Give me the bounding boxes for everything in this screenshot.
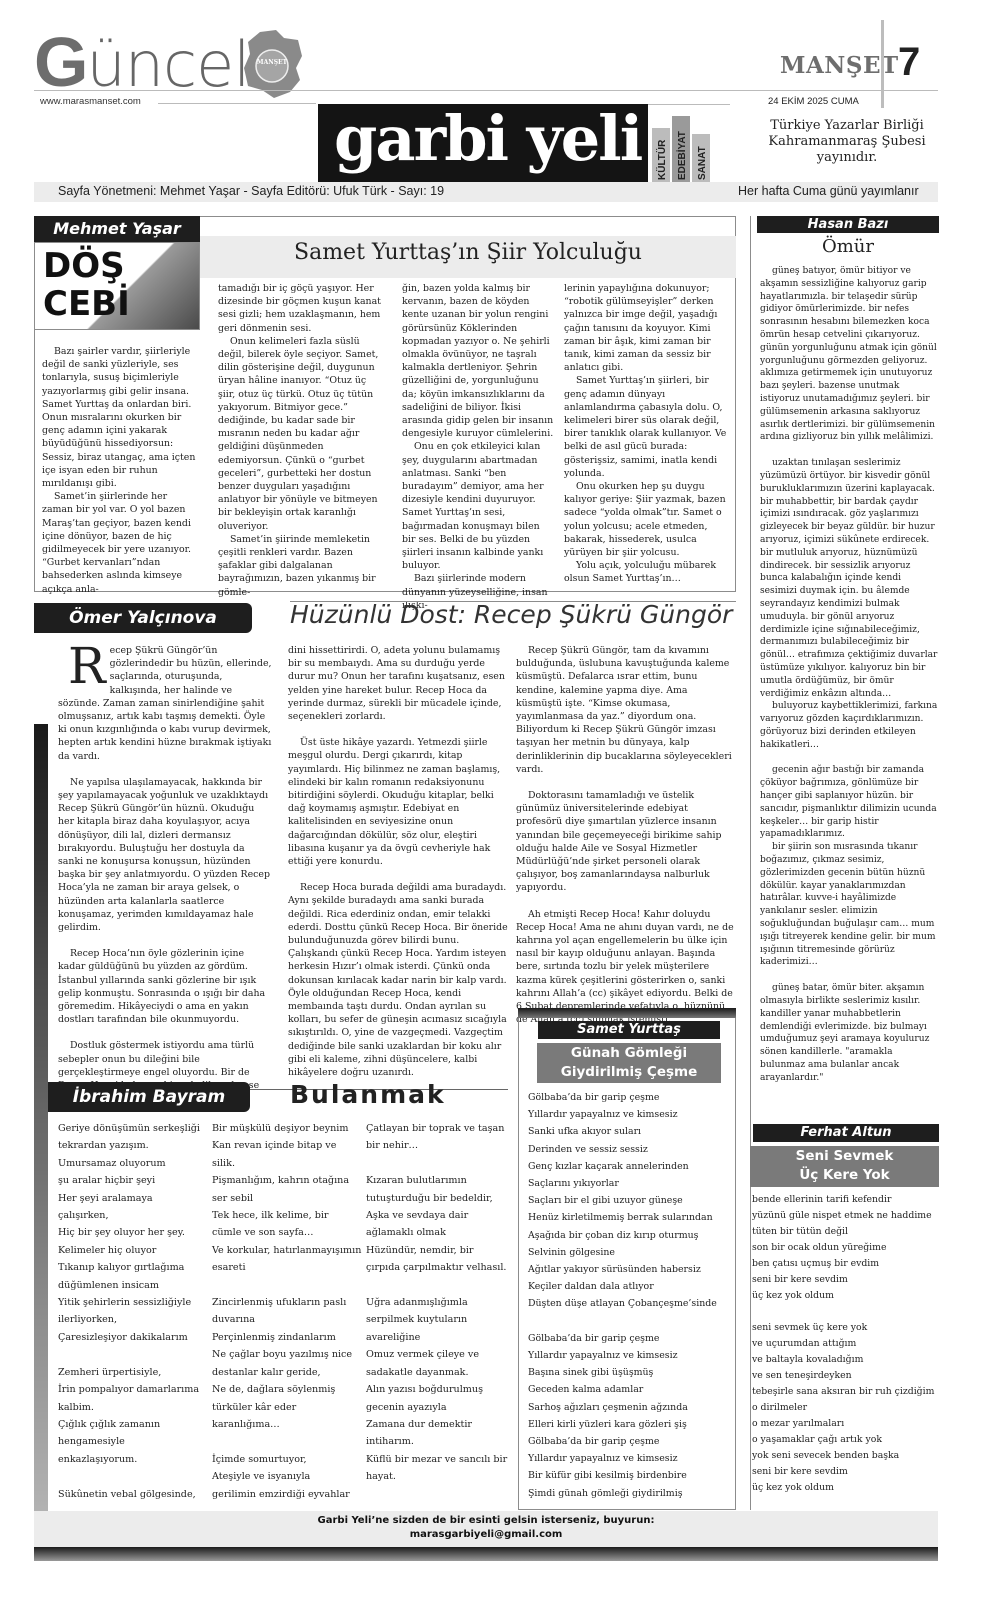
article5-title: Günah Gömleği Giydirilmiş Çeşme <box>537 1043 721 1083</box>
masthead-title: garbi yeli <box>318 104 648 174</box>
masthead-rule <box>648 104 730 105</box>
footer-email[interactable]: marasgarbiyeli@gmail.com <box>34 1528 938 1542</box>
article3-rule <box>750 216 751 1510</box>
article1-col4: lerinin yapaylığına dokunuyor; “robotik … <box>564 282 728 586</box>
article2-title: Hüzünlü Dost: Recep Şükrü Güngör <box>290 600 732 629</box>
article1-col2: tamadığı bir iç göçü yaşıyor. Her dizesi… <box>218 282 386 599</box>
genre-tags: KÜLTÜR EDEBİYAT SANAT <box>650 116 712 182</box>
article5-poem: Gölbaba’da bir garip çeşme Yıllardır yap… <box>528 1089 734 1502</box>
footer-text: Garbi Yeli’ne sizden de bir esinti gelsi… <box>34 1514 938 1542</box>
article3-body: güneş batıyor, ömür bitiyor ve akşamın s… <box>760 265 940 1085</box>
article4-author: İbrahim Bayram <box>48 1082 250 1112</box>
article2-side-bar <box>34 724 48 1524</box>
article1-col1: Bazı şairler vardır, şiirleriyle değil d… <box>42 345 198 596</box>
page-credits: Sayfa Yönetmeni: Mehmet Yaşar - Sayfa Ed… <box>58 184 444 198</box>
column-logo: DÖŞ CEBİ <box>34 242 200 330</box>
article2-col1: R ecep Şükrü Güngör’ün gözlerindedir bu … <box>58 644 272 1106</box>
brand-divider <box>881 20 884 108</box>
website-rule <box>158 103 316 104</box>
tag-edebiyat: EDEBİYAT <box>672 116 690 182</box>
article2-col2: dini hissettirirdi. O, adeta yolunu bula… <box>288 644 508 1079</box>
tag-kultur: KÜLTÜR <box>652 128 670 182</box>
dropcap: R <box>68 646 106 686</box>
masthead: garbi yeli <box>318 104 648 182</box>
footer-dark-bar <box>34 1547 938 1561</box>
article1-col3: ğin, bazen yolda kalmış bir kervanın, ba… <box>402 282 554 612</box>
page-number: 7 <box>898 40 920 85</box>
article4-col3: Çatlayan bir toprak ve taşan bir nehir… … <box>366 1120 514 1486</box>
article1-author: Mehmet Yaşar <box>34 216 200 242</box>
logo: Güncel <box>34 22 250 92</box>
article4-title: Bulanmak <box>290 1080 446 1109</box>
publication-frequency: Her hafta Cuma günü yayımlanır <box>738 184 919 198</box>
article6-title: Seni Sevmek Üç Kere Yok <box>750 1146 939 1187</box>
header-rule-top <box>34 90 938 91</box>
article6-author: Ferhat Altun <box>753 1124 939 1142</box>
article2-author: Ömer Yalçınova <box>34 603 252 633</box>
column-name-2: CEBİ <box>43 285 130 323</box>
article2-col3: Recep Şükrü Güngör, tam da kıvamını buld… <box>516 644 736 1026</box>
website-link[interactable]: www.marasmanset.com <box>40 96 141 107</box>
article5-top-bar <box>518 1008 736 1018</box>
issue-date: 24 EKİM 2025 CUMA <box>768 96 859 107</box>
article4-col1: Geriye dönüşümün serkeşliği tekrardan ya… <box>58 1120 208 1503</box>
article5-author: Samet Yurttaş <box>538 1021 720 1039</box>
publisher-note: Türkiye Yazarlar Birliği Kahramanmaraş Ş… <box>752 118 942 166</box>
article3-author: Hasan Bazı <box>757 216 939 233</box>
article6-poem: bende ellerinin tarifi kefendir yüzünü g… <box>752 1192 948 1496</box>
article1-title: Samet Yurttaş’ın Şiir Yolculuğu <box>200 240 736 265</box>
article3-title: Ömür <box>757 236 939 257</box>
column-name-1: DÖŞ <box>43 247 125 285</box>
footer-invite: Garbi Yeli’ne sizden de bir esinti gelsi… <box>34 1514 938 1528</box>
svg-text:MANŞET: MANŞET <box>257 59 288 66</box>
tag-sanat: SANAT <box>692 134 710 182</box>
article4-col2: Bir müşkülü deşiyor beynim Kan revan içi… <box>212 1120 362 1503</box>
